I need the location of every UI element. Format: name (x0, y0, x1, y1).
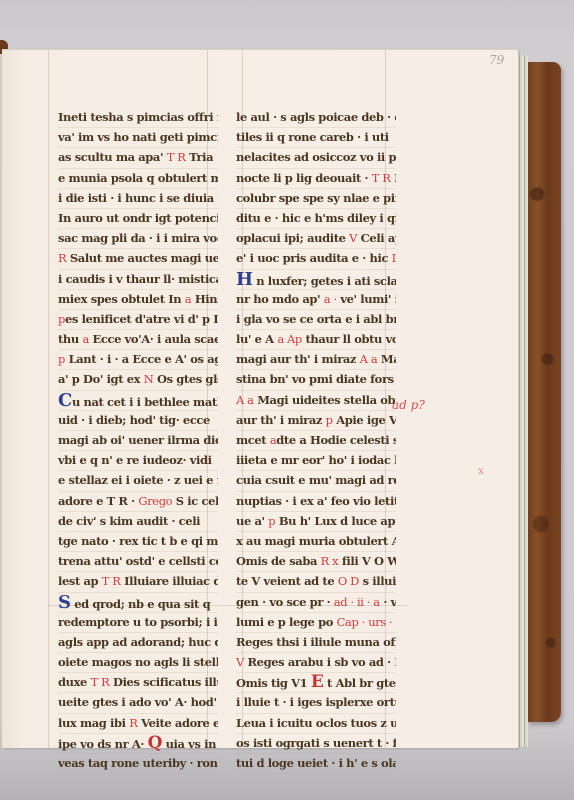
rubric-text: A a (360, 352, 378, 366)
text-line: Ineti tesha s pimcias offri ma (58, 108, 218, 128)
rubric-text: R x (321, 554, 339, 568)
text-line: nuptias · i ex a' feo vio letit' sui (236, 492, 396, 512)
rubric-text: p (268, 514, 275, 528)
text-line: ipe vo ds nr A· Q uia vs in (58, 734, 218, 754)
text-line: magi aur th' i miraz A a Maia i (236, 350, 396, 370)
text-line: ditu e · hic e h'ms diley i qi m bn (236, 209, 396, 229)
decorated-initial: C (58, 391, 72, 411)
rubric-text: R (58, 251, 66, 265)
text-line: ueite gtes i ado vo' A· hod' discl (58, 693, 218, 713)
text-line: p Lant · i · a Ecce e A' os agli ei (58, 350, 218, 370)
text-line: Omis tig V1 E t Abl br gtes (236, 673, 396, 693)
text-line: nocte li p lig deouait · T R In (236, 169, 396, 189)
text-line: S ed qrod; nb e qua sit q (58, 593, 218, 613)
text-line: agls app ad adorand; huc d (58, 633, 218, 653)
text-line: te V veient ad te O D s illuiato (236, 572, 396, 592)
rubric-text: p (58, 352, 65, 366)
text-line: lu' e A a Ap thaur ll obtu vo (236, 330, 396, 350)
rubric-text: Cap · urs · R · (337, 615, 396, 629)
text-line: os isti ogrgati s uenert t · fily (236, 734, 396, 754)
margin-cross-mark: x (478, 466, 484, 477)
text-line: magi ab oi' uener ilrma dic· (58, 431, 218, 451)
rubric-text: T R (167, 150, 186, 164)
text-line: i gla vo se ce orta e i abl br gtesi (236, 310, 396, 330)
rubric-text: a (82, 332, 88, 346)
text-line: a' p Do' igt ex N Os gtes glsi· (58, 370, 218, 390)
text-line: redemptore u to psorbi; i iuda (58, 613, 218, 633)
text-line: R Salut me auctes magi uenin s (58, 249, 218, 269)
leather-back-cover (527, 62, 561, 722)
folio-number: 79 (489, 53, 504, 67)
text-line: sac mag pli da · i i mira voca sepl (58, 229, 218, 249)
decorated-initial: S (58, 593, 71, 613)
rubric-text: Grego (138, 494, 172, 508)
text-line: V Reges arabu i sb vo ad · Mu V (236, 653, 396, 673)
text-line: tui d loge ueiet · i h' e s olatt (236, 754, 396, 774)
rubric-text: p (58, 312, 65, 326)
rubric-text: a (185, 292, 191, 306)
rubric-text: T R (91, 675, 110, 689)
text-line: le aul · s agls poicae deb · ec (236, 108, 396, 128)
text-line: i caudis i v thaur ll· mistica ei (58, 270, 218, 290)
text-line: duxe T R Dies scificatus illux nb (58, 673, 218, 693)
text-line: lumi e p lege po Cap · urs · R · (236, 613, 396, 633)
text-line: trena attu' ostd' e cellsti ce (58, 552, 218, 572)
decorated-initial: E (311, 673, 324, 692)
text-line: vbi e q n' e re iudeoz· vidi (58, 451, 218, 471)
rubric-text: a (270, 433, 276, 447)
text-line: iiieta e mr eor' ho' i iodac la x ma (236, 451, 396, 471)
text-line: Omis de saba R x fili V O W (236, 552, 396, 572)
text-line: i die isti · i hunc i se diuia mistia· (58, 189, 218, 209)
text-line: nelacites ad osiccoz vo ii p (236, 148, 396, 168)
text-line: e munia psola q obtulert magi v (58, 169, 218, 189)
text-line: veas taq rone uteriby · rona (58, 754, 218, 774)
text-line: i lluie t · i iges isplerxe ortu t· (236, 693, 396, 713)
rubric-text: ad · ii · a (334, 595, 380, 609)
text-line: ue a' p Bu h' Lux d luce apuish (236, 512, 396, 532)
text-line: aur th' i miraz p Apie ige V re (236, 411, 396, 431)
text-line: tiles ii q rone careb · i uti (236, 128, 396, 148)
rubric-text: V (349, 231, 357, 245)
text-line: Leua i icuitu oclos tuos z uid· (236, 714, 396, 734)
text-line: e stellaz ei i oiete · z uei e mu (58, 471, 218, 491)
text-line: Reges thsi i iliule muna offeret· (236, 633, 396, 653)
text-line: oplacui ipi; audite V Celi apti a ste (236, 229, 396, 249)
text-line: stina bn' vo pmi diate fors vo (236, 370, 396, 390)
text-line: lest ap T R Illuiare illuiac dy (58, 572, 218, 592)
text-line: nr ho mdo ap' a · ve' lumi' illum· (236, 290, 396, 310)
decorated-initial: H (236, 270, 253, 290)
text-line: pes lenificet d'atre vi d' p Dy nr (58, 310, 218, 330)
text-line: cuia csuit e mu' magi ad regales (236, 471, 396, 491)
rubric-text: V (236, 655, 244, 669)
text-line: miex spes obtulet In a Hinis i· (58, 290, 218, 310)
text-line: Cu nat cet i i bethlee math (58, 391, 218, 411)
rubric-text: O D (338, 574, 359, 588)
text-line: de civ' s kim audit · celi (58, 512, 218, 532)
margin-note: ad p? (392, 398, 425, 412)
text-line: A a Magi uideites stella obtu vo (236, 391, 396, 411)
rubric-text: T R (372, 171, 391, 185)
text-line: as scultu ma apa' T R Tria (58, 148, 218, 168)
text-line: va' im vs ho nati geti pimci (58, 128, 218, 148)
rubric-text: N (144, 372, 154, 386)
text-line: tge nato · rex tic t b e qi my (58, 532, 218, 552)
text-line: In auro ut ondr igt potencia i thuc (58, 209, 218, 229)
rubric-text: a · (324, 292, 337, 306)
text-line: lux mag ibi R Veite adore e qa (58, 714, 218, 734)
text-line: adore e T R · Grego S ic cele (58, 492, 218, 512)
rubric-text: T R (102, 574, 121, 588)
text-line: x au magi muria obtulert A· cap (236, 532, 396, 552)
rubric-text: p (326, 413, 333, 427)
rubric-text: Lm· (392, 251, 396, 265)
ruling-line (48, 50, 49, 748)
text-line: gen · vo sce pr · ad · ii · a · ve (236, 593, 396, 613)
rubric-text: a Ap (277, 332, 302, 346)
text-line: e' i uoc pris audita e · hic Lm· (236, 249, 396, 269)
text-column-right: le aul · s agls poicae deb · ectiles ii … (236, 108, 396, 774)
text-line: thu a Ecce vo'A· i aula scae a' (58, 330, 218, 350)
text-line: colubr spe spe sy nlae e pina noc au (236, 189, 396, 209)
text-line: uid · i dieb; hod' tig· ecce (58, 411, 218, 431)
text-column-left: Ineti tesha s pimcias offri mava' im vs … (58, 108, 218, 774)
text-line: mcet adte a Hodie celesti sposo (236, 431, 396, 451)
rubric-text: A a (236, 393, 254, 407)
decorated-initial: Q (148, 734, 162, 753)
rubric-text: R (129, 716, 137, 730)
text-line: oiete magos no agls li stella p (58, 653, 218, 673)
text-line: H n luxfer; getes i ati scla vo sli (236, 270, 396, 290)
